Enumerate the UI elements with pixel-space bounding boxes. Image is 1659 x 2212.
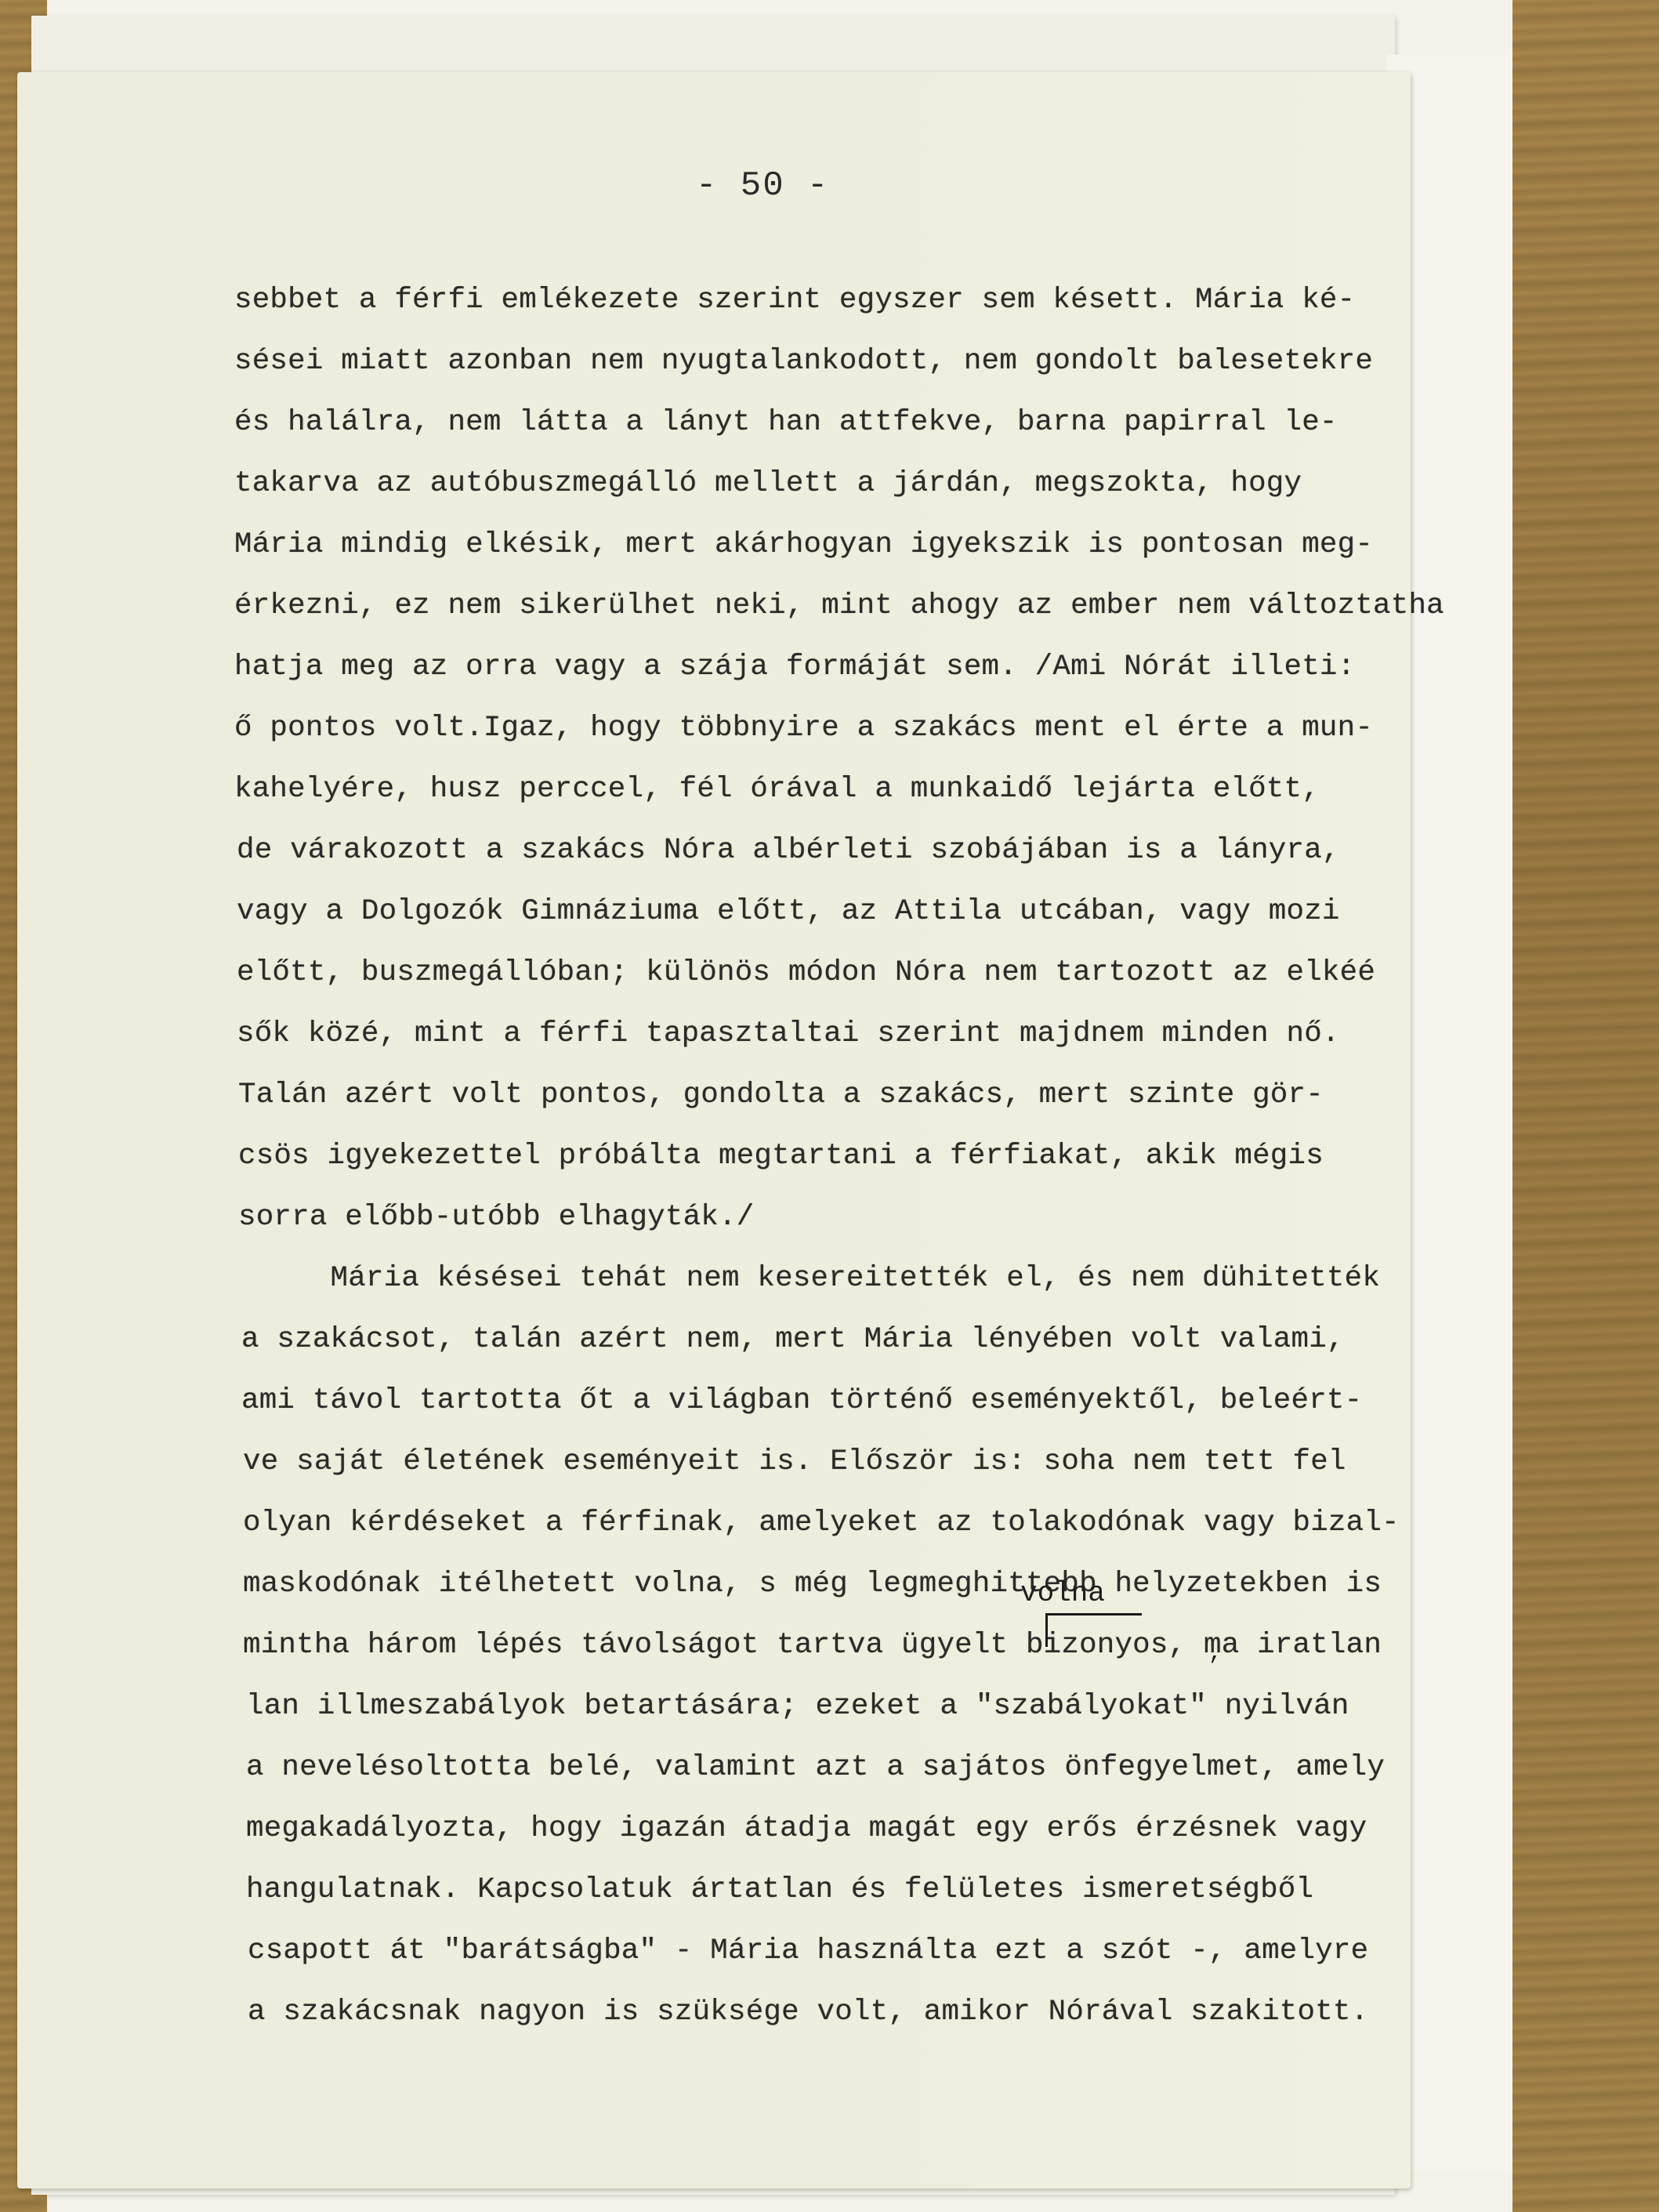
text-line: előtt, buszmegállóban; különös módon Nór… (237, 956, 1375, 989)
text-line: érkezni, ez nem sikerülhet neki, mint ah… (234, 589, 1444, 622)
text-line: Talán azért volt pontos, gondolta a szak… (238, 1079, 1324, 1111)
text-line: sők közé, mint a férfi tapasztaltai szer… (237, 1017, 1340, 1050)
text-line: sebbet a férfi emlékezete szerint egysze… (234, 284, 1355, 317)
text-line: a nevelésoltotta belé, valamint azt a sa… (246, 1751, 1385, 1784)
text-line: hatja meg az orra vagy a szája formáját … (234, 651, 1355, 684)
text-line: ő pontos volt.Igaz, hogy többnyire a sza… (234, 712, 1373, 745)
text-line: takarva az autóbuszmegálló mellett a jár… (234, 467, 1302, 500)
text-line: megakadályozta, hogy igazán átadja magát… (246, 1812, 1367, 1845)
text-line: olyan kérdéseket a férfinak, amelyeket a… (243, 1507, 1400, 1539)
handwritten-insertion: volna (1020, 1577, 1105, 1609)
text-line: csapott át "barátságba" - Mária használt… (248, 1935, 1368, 1967)
typewritten-page: - 50 - sebbet a férfi emlékezete szerint… (17, 72, 1411, 2188)
text-line: a szakácsot, talán azért nem, mert Mária… (241, 1323, 1345, 1356)
text-line: ve saját életének eseményeit is. Először… (243, 1445, 1346, 1478)
text-line: csös igyekezettel próbálta megtartani a … (238, 1140, 1324, 1173)
text-line: a szakácsnak nagyon is szüksége volt, am… (248, 1996, 1368, 2029)
caret-mark: , (1208, 1640, 1223, 1666)
text-line: kahelyére, husz perccel, fél órával a mu… (234, 773, 1320, 806)
text-line: Mária késései tehát nem kesereitették el… (241, 1262, 1380, 1295)
text-line: lan illmeszabályok betartására; ezeket a… (246, 1690, 1349, 1723)
text-line: sorra előbb-utóbb elhagyták./ (238, 1201, 754, 1234)
text-line: maskodónak itélhetett volna, s még legme… (243, 1568, 1382, 1601)
text-line: és halálra, nem látta a lányt han attfek… (234, 406, 1338, 439)
text-line: hangulatnak. Kapcsolatuk ártatlan és fel… (246, 1873, 1313, 1906)
insertion-bracket (1045, 1613, 1142, 1647)
page-number: - 50 - (696, 166, 829, 205)
text-line: vagy a Dolgozók Gimnáziuma előtt, az Att… (237, 895, 1340, 928)
text-line: ami távol tartotta őt a világban történő… (241, 1384, 1362, 1417)
text-line: sései miatt azonban nem nyugtalankodott,… (234, 345, 1373, 378)
text-line: Mária mindig elkésik, mert akárhogyan ig… (234, 528, 1373, 561)
text-line: de várakozott a szakács Nóra albérleti s… (237, 834, 1340, 867)
